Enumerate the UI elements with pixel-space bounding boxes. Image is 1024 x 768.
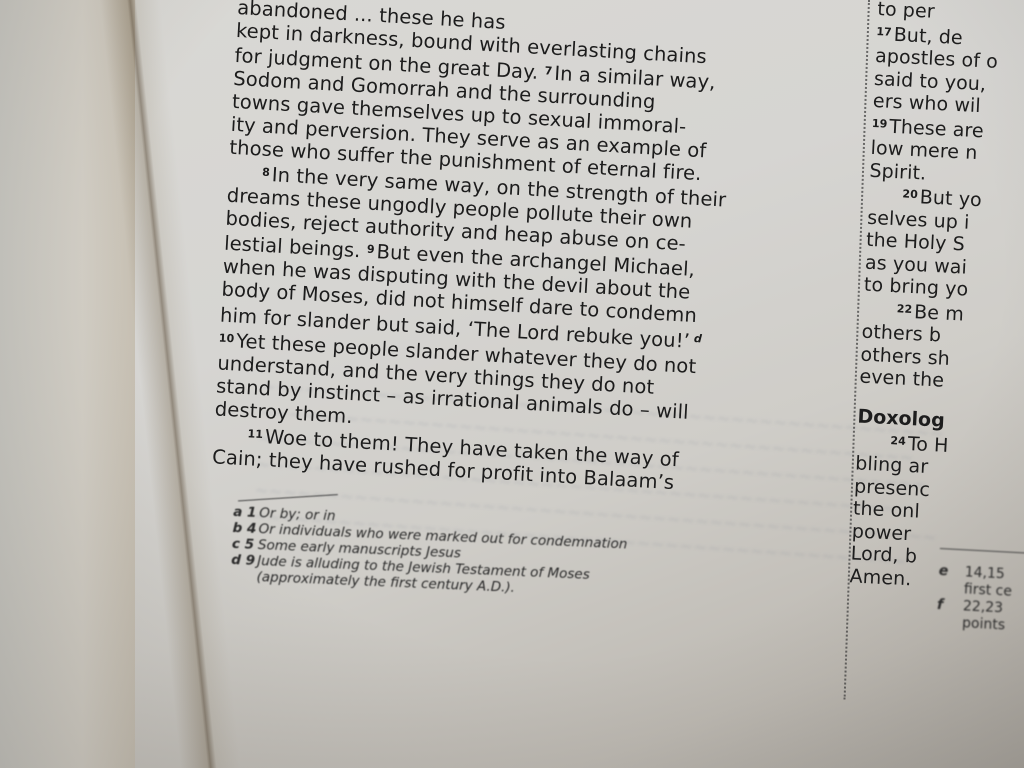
verse-number: 24 — [890, 434, 906, 448]
line-text: power — [851, 520, 911, 545]
verse-number: 20 — [902, 187, 918, 201]
line-text: Lord, b — [850, 542, 917, 567]
verse-number: 8 — [262, 166, 270, 179]
line-text: But yo — [919, 186, 982, 211]
footnote-marker: d — [690, 332, 703, 346]
footnote-text: 22,23 — [963, 598, 1004, 616]
footnote-key: a 1 — [233, 504, 260, 521]
verse-number: 7 — [544, 64, 552, 77]
second-column-footnotes: e14,15first cef22,23points — [936, 548, 1024, 637]
line-text: others b — [861, 321, 941, 347]
footnote-text: first ce — [963, 581, 1012, 599]
footnote-key: b 4 — [232, 520, 259, 537]
verse-number: 9 — [367, 243, 375, 256]
footnote-key — [230, 580, 256, 581]
verse-number: 19 — [872, 116, 888, 130]
verse-number: 11 — [247, 427, 263, 441]
line-text: even the — [859, 366, 945, 392]
second-text-column: to per17But, deapostles of osaid to you,… — [849, 0, 1024, 597]
footnote-key — [938, 592, 964, 593]
footnote-key: e — [938, 563, 965, 581]
footnote-key: c 5 — [232, 536, 259, 553]
footnote-text: 14,15 — [964, 564, 1005, 582]
line-text: Be m — [914, 301, 965, 325]
footnote-key: f — [937, 597, 964, 615]
verse-number: 10 — [219, 331, 235, 345]
footnote-key — [936, 626, 962, 627]
line-text: presenc — [854, 475, 931, 501]
line-text: But, de — [893, 23, 963, 48]
line-text: bling ar — [855, 452, 929, 478]
footnote-key: d 9 — [231, 552, 258, 569]
line-text: to per — [877, 0, 935, 23]
verse-number: 17 — [876, 24, 892, 38]
line-text: To H — [907, 433, 949, 457]
footnote-text: points — [962, 615, 1006, 633]
main-text-column: abandoned ... these he haskept in darkne… — [212, 0, 877, 504]
line-text: Amen. — [849, 565, 912, 590]
verse-number: 22 — [897, 302, 913, 316]
line-text: Spirit. — [869, 159, 927, 184]
line-text: the onl — [853, 497, 921, 522]
line-text: to bring yo — [863, 274, 968, 301]
